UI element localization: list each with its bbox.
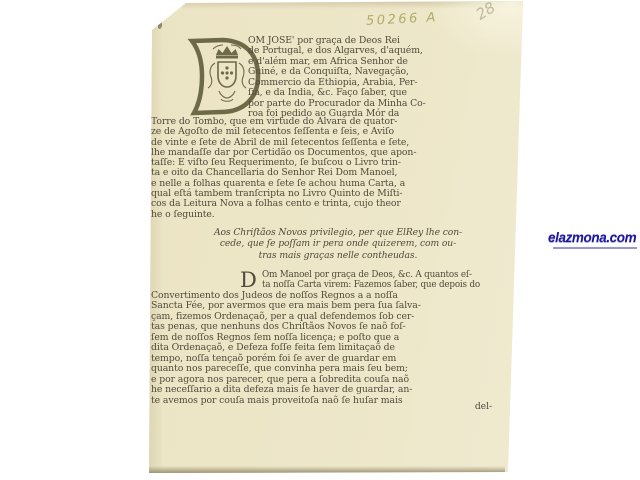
scan-background: OM JOSE' por graça de Deos Rei de Portug…	[0, 0, 640, 480]
paragraph1-cap-lines: OM JOSE' por graça de Deos Rei de Portug…	[248, 36, 496, 120]
paper-gutter-shadow	[145, 0, 163, 480]
paragraph1-full-lines: Torre do Tombo, que em virtude do Alvará…	[151, 117, 496, 220]
paper-bottom-edge-shadow	[149, 466, 505, 473]
site-watermark: elazmona.com	[548, 230, 636, 245]
privilege-heading: Aos Chriſtãos Novos privilegio, per que …	[168, 227, 508, 261]
catchword: del-	[440, 402, 492, 412]
paper-speck	[208, 118, 211, 121]
handwritten-archive-number: 50266 A	[366, 10, 439, 29]
site-watermark-underline	[553, 247, 637, 249]
document-page: OM JOSE' por graça de Deos Rei de Portug…	[0, 0, 640, 480]
paragraph2-full-lines: Convertimento dos Judeos de noſſos Regno…	[151, 291, 496, 406]
paragraph2-cap-lines: Om Manoel por graça de Deos, &c. A quant…	[262, 270, 496, 291]
